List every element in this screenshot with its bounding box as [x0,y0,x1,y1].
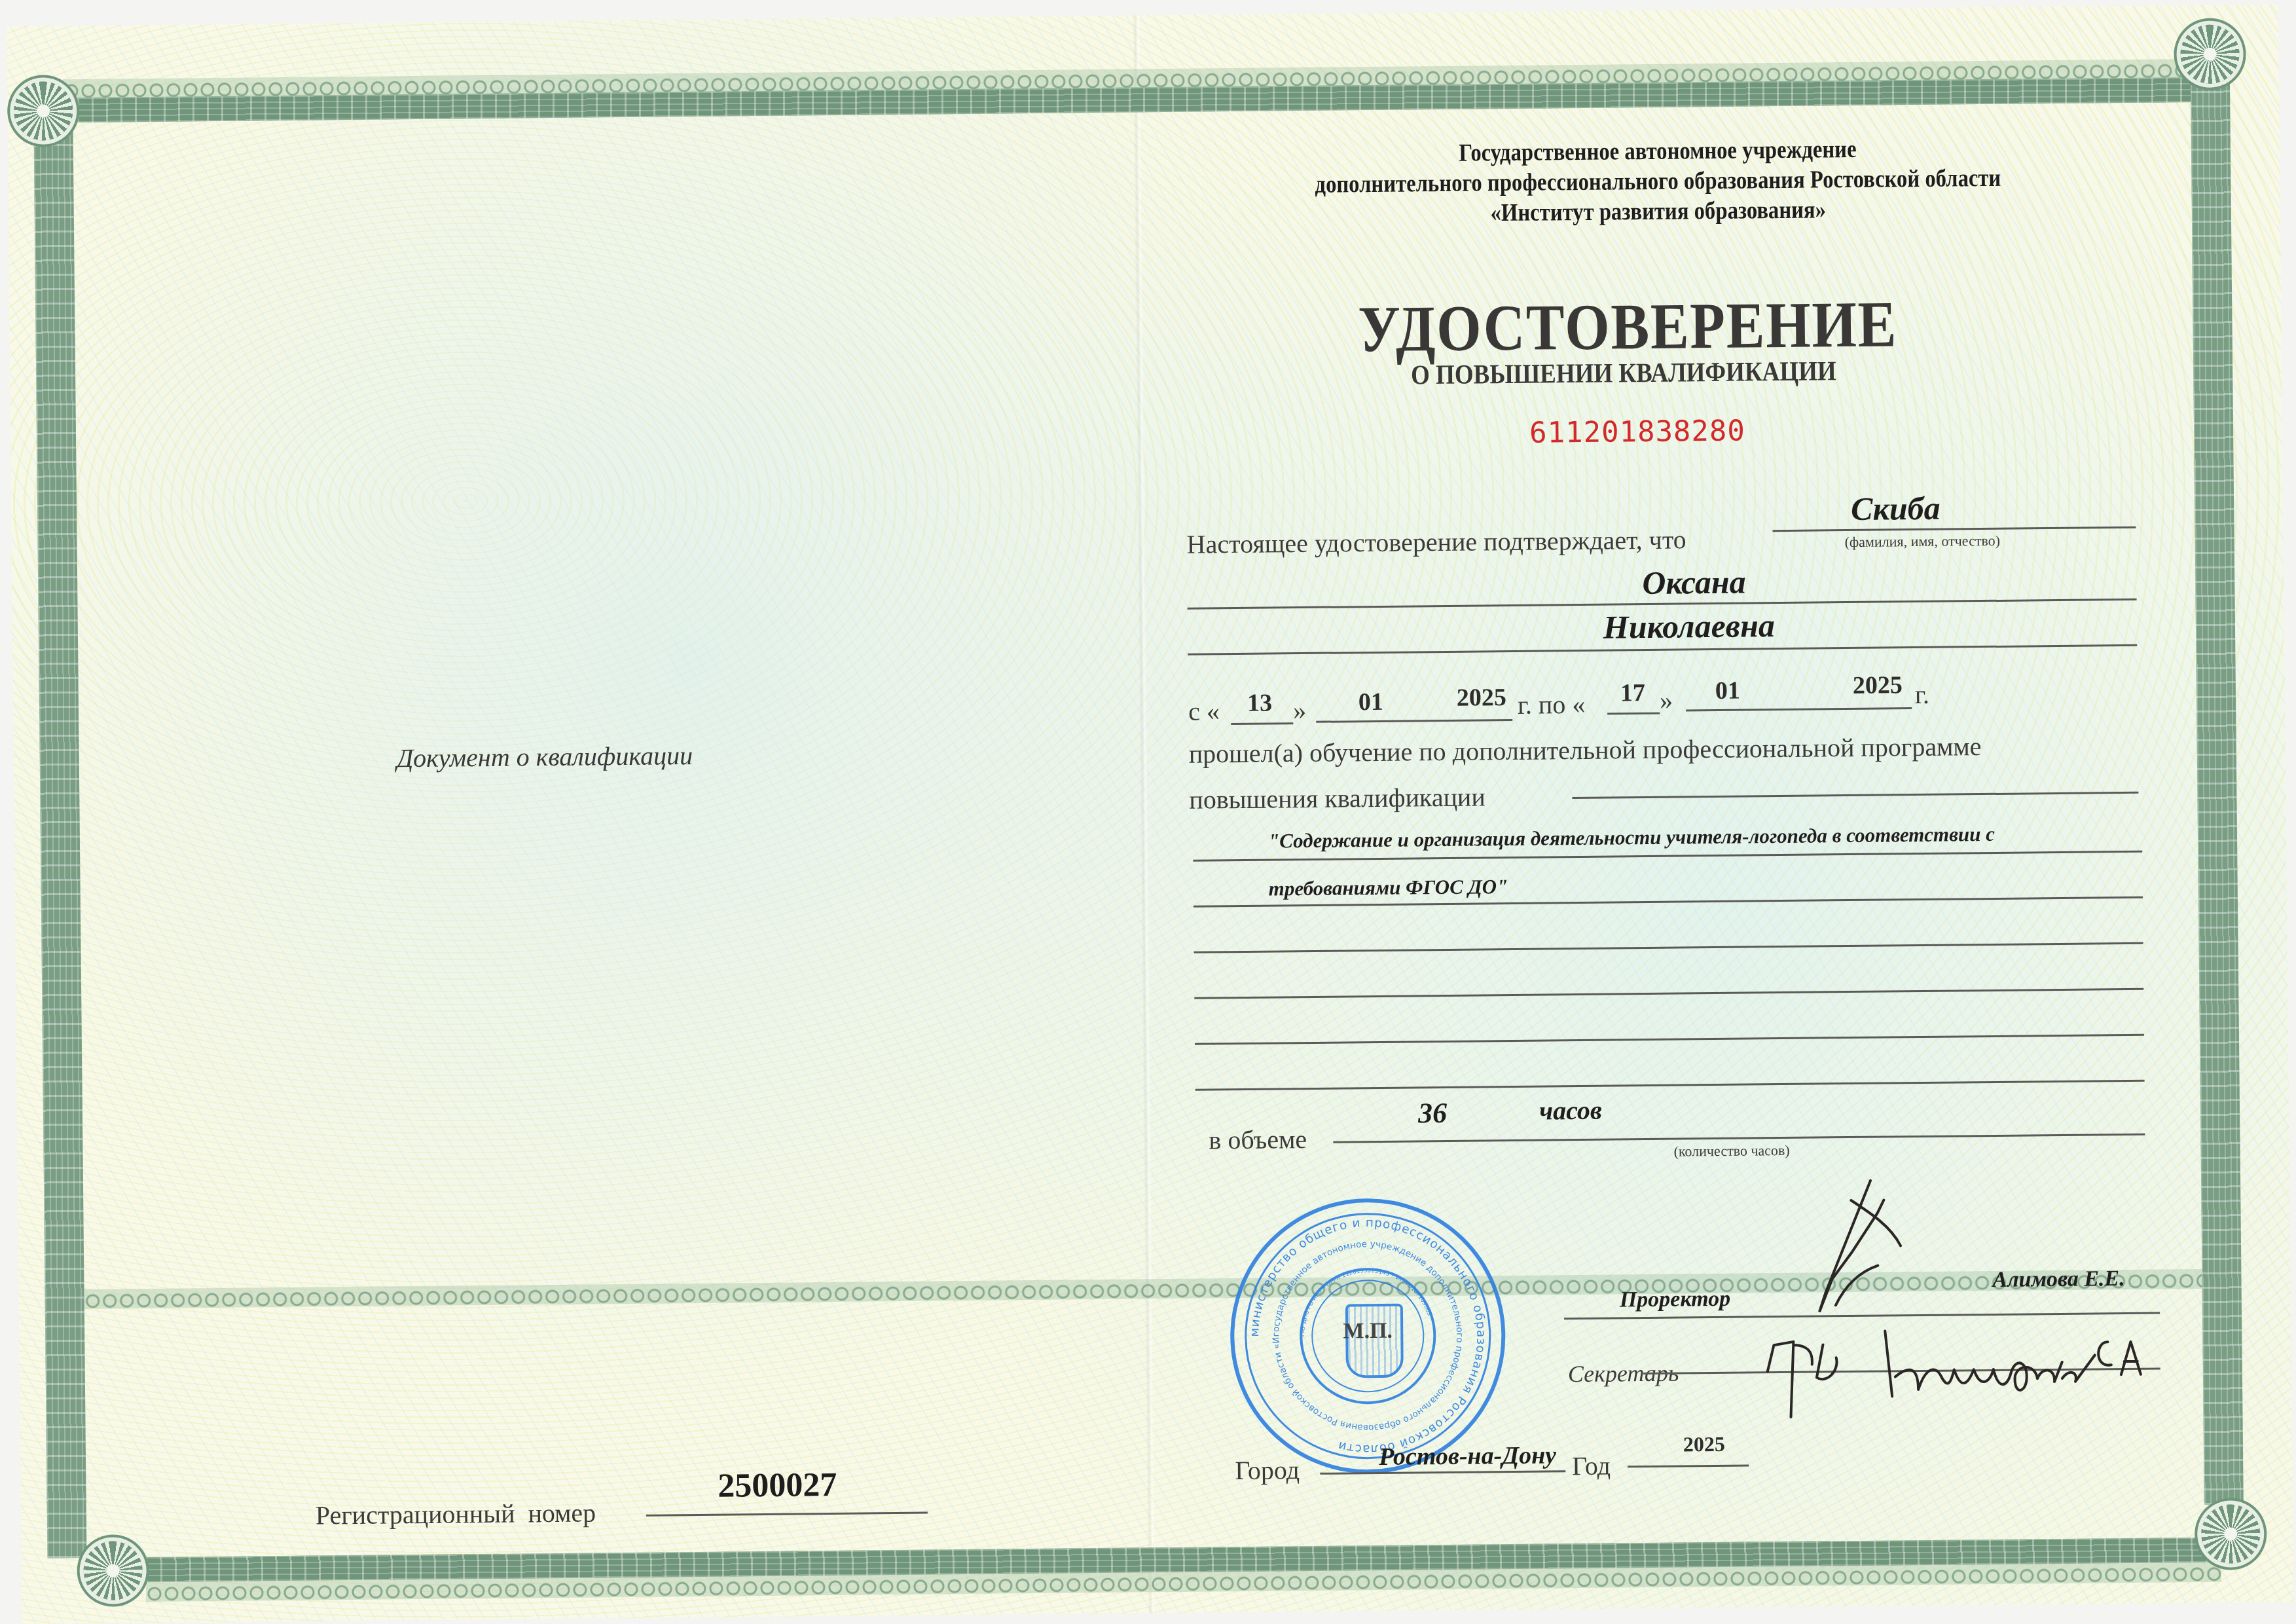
serial-number: 611201838280 [1529,415,1745,450]
stamp-place-mark: М.П. [1234,1318,1501,1345]
date-from-mid: » [1293,695,1306,726]
date-to-month: 01 [1715,676,1740,705]
date-from-day-underline [1231,722,1293,725]
prorector-label: Проректор [1620,1287,1731,1313]
patronymic-underline [1188,644,2137,655]
certificate-title: УДОСТОВЕРЕНИЕ [1358,286,1898,367]
city-value: Ростов-на-Дону [1379,1441,1556,1471]
program-line-1: "Содержание и организация деятельности у… [1268,822,1995,853]
hours-hint: (количество часов) [1673,1142,1789,1160]
hours-value: 36 [1418,1096,1447,1130]
official-stamp: министерство общего и профессионального … [1229,1197,1506,1475]
volume-label: в объеме [1209,1124,1307,1155]
surname-underline [1773,526,2136,532]
prorector-name: Алимова Е.Е. [1992,1266,2124,1293]
year-label: Год [1572,1450,1611,1482]
hours-unit: часов [1539,1095,1602,1126]
date-to-day-underline [1607,712,1660,715]
page-fold [1133,15,1156,1613]
date-from-month: 01 [1358,688,1383,716]
date-to-mid: » [1660,685,1673,716]
date-to-month-year-underline [1686,707,1912,711]
program-line-2: требованиями ФГОС ДО" [1269,875,1508,901]
year-underline [1628,1465,1749,1468]
date-year-suffix-2: г. [1915,679,1929,710]
frame-left-band [33,124,86,1558]
date-to-year: 2025 [1853,671,1903,700]
registration-label: Регистрационный номер [316,1497,596,1530]
corner-rosette-top-right [2180,24,2240,84]
certifies-label: Настоящее удостоверение подтверждает, чт… [1186,524,1686,559]
program-underline-6 [1195,1080,2145,1091]
date-from-month-year-underline [1316,719,1512,723]
certificate-sheet: Документ о квалификации Регистрационный … [7,5,2293,1624]
program-underline-3 [1194,942,2143,953]
first-name: Оксана [1642,563,1746,602]
registration-number: 2500027 [718,1466,837,1505]
document-caption: Документ о квалификации [397,740,693,773]
patronymic: Николаевна [1603,606,1775,646]
name-hint: (фамилия, имя, отчество) [1845,532,2001,551]
certificate-subtitle: О ПОВЫШЕНИИ КВАЛИФИКАЦИИ [1411,356,1836,391]
date-from-prefix: с « [1188,695,1220,726]
date-from-day: 13 [1247,688,1272,717]
registration-underline [646,1512,928,1517]
corner-rosette-bottom-right [2201,1504,2261,1564]
date-year-suffix-1: г. по « [1518,689,1586,720]
program-underline-4 [1194,988,2143,999]
program-underline-5 [1195,1034,2144,1045]
corner-rosette-bottom-left [83,1541,143,1600]
surname: Скиба [1851,489,1941,528]
completed-line-1: прошел(а) обучение по дополнительной про… [1189,731,1982,769]
date-from-year: 2025 [1457,683,1506,712]
corner-rosette-top-left [14,81,73,141]
secretary-signature [1754,1302,2161,1437]
year-value: 2025 [1683,1432,1725,1457]
completed-underline [1572,792,2138,799]
date-to-day: 17 [1620,678,1645,707]
hours-underline [1333,1134,2145,1143]
completed-line-2: повышения квалификации [1189,781,1485,815]
city-label: Город [1235,1454,1300,1486]
